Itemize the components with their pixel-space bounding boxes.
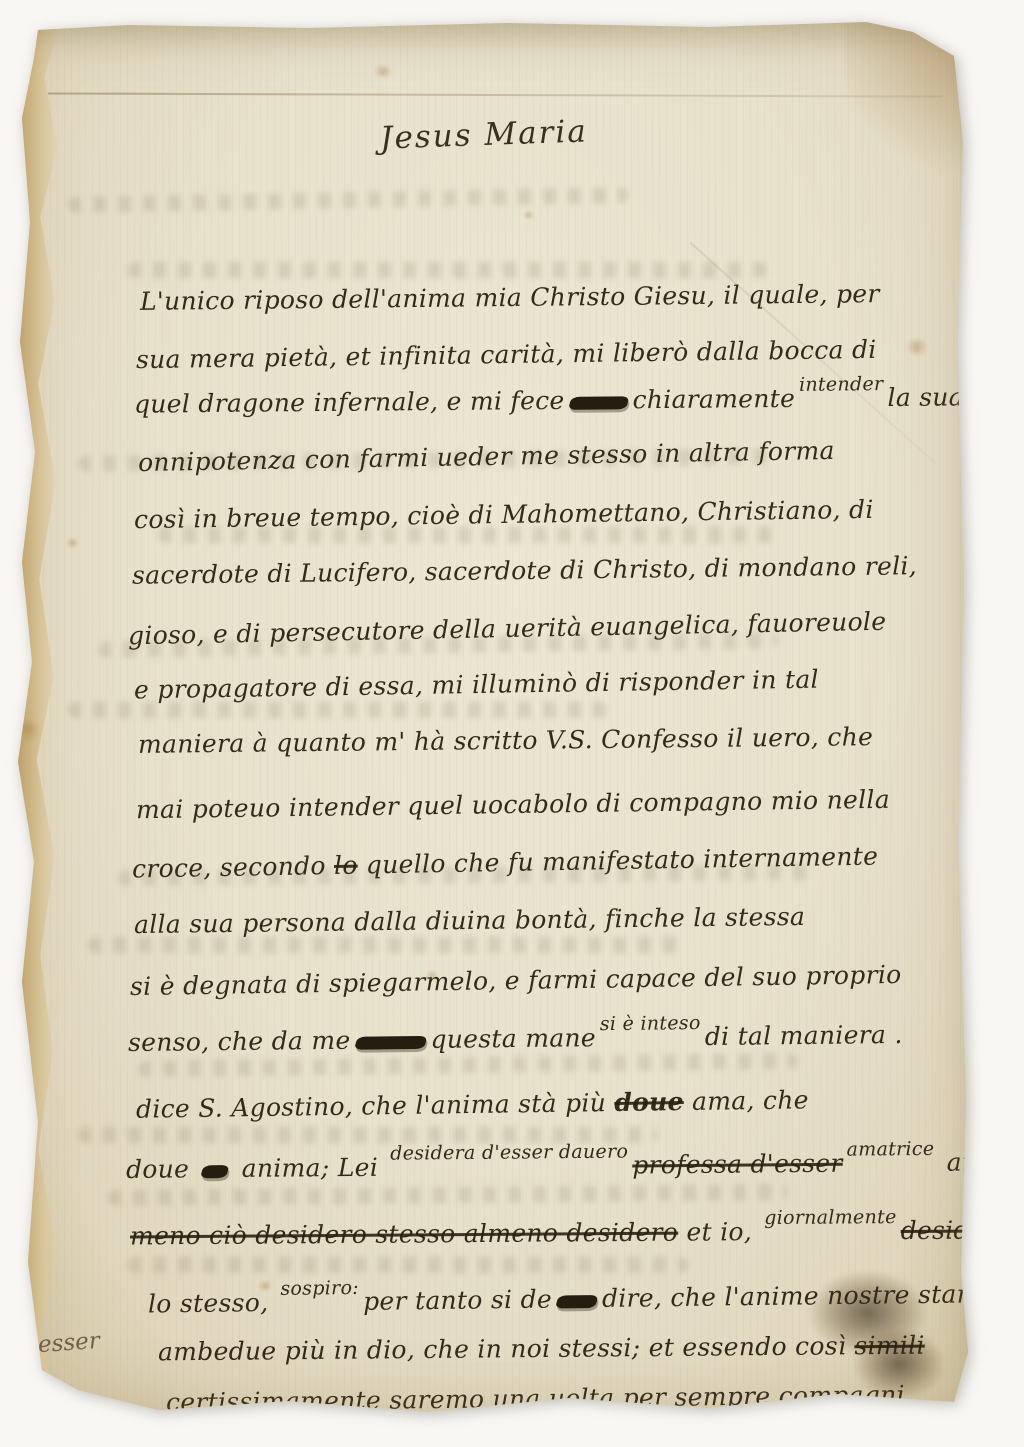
strikethrough-text: meno ciò desidero stesso almeno desidero [130, 1218, 678, 1251]
manuscript-line: maniera à quanto m' hà scritto V.S. Conf… [138, 724, 873, 757]
handwritten-text: ambedue più in dio, che in noi stessi; e… [158, 1331, 855, 1366]
handwritten-text: quel dragone infernale, e mi fece [134, 386, 565, 419]
bleedthrough-text [118, 864, 818, 886]
manuscript-line: così in breue tempo, cioè di Mahomettano… [134, 497, 874, 532]
handwritten-text: così in breue tempo, cioè di Mahomettano… [134, 495, 874, 534]
manuscript-line: si è degnata di spiegarmelo, e farmi cap… [130, 962, 902, 999]
strikethrough-text: lo [334, 851, 358, 880]
scribbled-out-word [555, 1295, 599, 1309]
bleedthrough-text [158, 527, 778, 543]
scanned-manuscript-page: { "scan": { "background_color": "#f8f7f4… [0, 0, 1024, 1447]
manuscript-line: sua mera pietà, et infinita carità, mi l… [136, 337, 877, 372]
stain [523, 210, 534, 220]
scribbled-out-word [567, 396, 629, 410]
manuscript-line: ambedue più in dio, che in noi stessi; e… [158, 1333, 925, 1365]
bleedthrough-text [68, 187, 628, 213]
manuscript-line: gioso, e di persecutore della uerità eua… [128, 609, 887, 649]
bleedthrough-text [78, 448, 778, 471]
handwritten-text: la sua [887, 382, 964, 412]
handwritten-text: onnipotenza con farmi ueder me stesso in… [138, 436, 835, 477]
handwritten-text: maniera à quanto m' hà scritto V.S. Conf… [138, 722, 873, 759]
handwritten-text: dice S. Agostino, che l'anima stà più [136, 1088, 615, 1124]
bleedthrough-text [68, 702, 608, 718]
handwritten-text: L'unico riposo dell'anima mia Christo Gi… [140, 279, 880, 316]
handwritten-text: certissimamente saremo una uolta per sem… [166, 1380, 913, 1417]
stain [426, 970, 438, 981]
handwritten-text: chiaramente [632, 384, 795, 414]
interlinear-insertion: amatrice [847, 1140, 935, 1160]
manuscript-line: mai poteuo intender quel uocabolo di com… [136, 787, 890, 823]
strikethrough-text: professa d'esser [632, 1149, 843, 1180]
manuscript-line: croce, secondo lo quello che fu manifest… [132, 843, 879, 881]
bleedthrough-text [98, 632, 778, 657]
manuscript-line: doue anima; Lei desidera d'esser dauerop… [126, 1147, 1024, 1182]
stain [16, 717, 40, 743]
manuscript-line: alla sua persona dalla diuina bontà, fin… [134, 904, 805, 937]
bleedthrough-text [88, 937, 688, 953]
manuscript-line: quel dragone infernale, e mi fecechiaram… [134, 384, 964, 416]
torn-left-edge [8, 22, 60, 1414]
handwritten-text: sua mera pietà, et infinita carità, mi l… [136, 335, 877, 374]
stain [906, 337, 928, 357]
margin-note: esser [37, 1330, 100, 1357]
manuscript-line: dice S. Agostino, che l'anima stà più do… [136, 1087, 809, 1121]
handwritten-text: quello che fu manifestato internamente [357, 841, 878, 879]
handwritten-text: dire, che l'anime nostre stanno da [602, 1279, 1024, 1313]
manuscript-paper: Jesus Maria L'unico riposo dell'anima mi… [8, 22, 974, 1414]
corner-browning [844, 22, 974, 192]
handwritten-text: mai poteuo intender quel uocabolo di com… [136, 785, 890, 825]
interlinear-insertion: desidera d'esser dauero [390, 1143, 628, 1164]
ink-blot [808, 1270, 928, 1356]
stain [374, 64, 392, 79]
strikethrough-text: desidero almeno [901, 1215, 1024, 1245]
handwritten-text: anima; Lei [233, 1153, 386, 1183]
stain [66, 537, 79, 549]
ink-blot [853, 1328, 945, 1400]
handwritten-text: lo stesso, [148, 1288, 277, 1319]
diagonal-crease-line [690, 242, 937, 464]
manuscript-line: meno ciò desidero stesso almeno desidero… [130, 1217, 1024, 1249]
handwritten-text: doue [126, 1154, 198, 1184]
bleedthrough-text [108, 1184, 788, 1206]
interlinear-insertion: sospiro: [280, 1279, 359, 1299]
scribbled-out-word [353, 1036, 427, 1050]
bleedthrough-text [78, 1127, 658, 1143]
handwritten-text: ama, che [684, 1085, 809, 1116]
handwritten-text: si è degnata di spiegarmelo, e farmi cap… [130, 960, 902, 1001]
handwritten-text: di tal maniera . [705, 1020, 903, 1051]
stain [258, 1280, 272, 1292]
crease-line [48, 92, 943, 97]
handwritten-text: per tanto si de [363, 1285, 552, 1316]
bleedthrough-text [128, 1257, 688, 1273]
handwritten-text: et io, [678, 1217, 760, 1247]
manuscript-line: certissimamente saremo una uolta per sem… [166, 1382, 913, 1415]
stain [18, 62, 32, 74]
bleedthrough-text [138, 1053, 798, 1077]
heading-invocation: Jesus Maria [380, 116, 589, 154]
strikethrough-text: doue [614, 1087, 684, 1117]
handwritten-text: questa mane [430, 1023, 596, 1054]
interlinear-insertion: si è inteso [600, 1014, 701, 1034]
interlinear-insertion: intender [799, 375, 883, 395]
handwritten-text: amatore di Dio [938, 1146, 1024, 1177]
handwritten-text: gioso, e di persecutore della uerità eua… [128, 607, 887, 651]
handwritten-text: senso, che da me [128, 1026, 351, 1057]
manuscript-line: lo stesso, sospiro:per tanto si dedire, … [148, 1281, 1024, 1317]
handwritten-text: sacerdote di Lucifero, sacerdote di Chri… [132, 551, 917, 590]
scribbled-out-word [200, 1165, 230, 1178]
manuscript-scan: Jesus Maria L'unico riposo dell'anima mi… [0, 0, 1024, 1447]
manuscript-line: e propagatore di essa, mi illuminò di ri… [134, 667, 819, 703]
handwritten-text: alla sua persona dalla diuina bontà, fin… [134, 902, 805, 939]
interlinear-insertion: giornalmente [764, 1208, 897, 1228]
bleedthrough-text [128, 262, 768, 278]
manuscript-line: senso, che da mequesta manesi è intesodi… [128, 1022, 903, 1055]
strikethrough-text: simili [854, 1331, 925, 1361]
manuscript-line: onnipotenza con farmi ueder me stesso in… [138, 438, 835, 475]
handwritten-text: e propagatore di essa, mi illuminò di ri… [134, 665, 819, 705]
manuscript-line: sacerdote di Lucifero, sacerdote di Chri… [132, 553, 917, 588]
manuscript-line: L'unico riposo dell'anima mia Christo Gi… [140, 281, 880, 314]
handwritten-text: croce, secondo [132, 851, 334, 884]
